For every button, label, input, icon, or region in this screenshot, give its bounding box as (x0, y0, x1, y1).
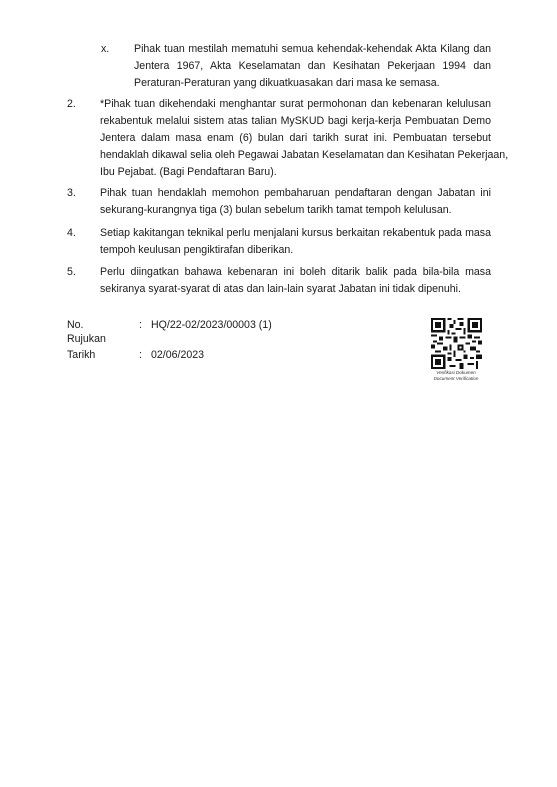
reference-value: HQ/22-02/2023/00003 (1) (151, 318, 272, 332)
verification-caption: Verifikasi Dokumen Document Verification (424, 370, 488, 381)
text-line: Perlu diingatkan bahawa kebenaran ini bo… (100, 264, 491, 281)
text-line: rekabentuk melalui sistem atas talian My… (100, 113, 491, 130)
text-line: Peraturan-Peraturan yang dikuatkuasakan … (134, 75, 491, 92)
text-line: tempoh keulusan pengiktirafan diberikan. (100, 242, 491, 259)
qr-code-icon[interactable] (431, 318, 482, 369)
date-value: 02/06/2023 (151, 348, 204, 362)
reference-colon: : (139, 318, 142, 332)
date-colon: : (139, 348, 142, 362)
document-page: x. Pihak tuan mestilah mematuhi semua ke… (0, 0, 557, 787)
text-line: Jentera dalam masa enam (6) bulan dari t… (100, 130, 491, 147)
text-line: Pihak tuan hendaklah memohon pembaharuan… (100, 185, 491, 202)
sub-item-text: Pihak tuan mestilah mematuhi semua kehen… (134, 41, 491, 92)
clause-number: 3. (67, 185, 76, 202)
text-line: sekurang-kurangnya tiga (3) bulan sebelu… (100, 202, 491, 219)
clause-number: 5. (67, 264, 76, 281)
clause-text: Pihak tuan hendaklah memohon pembaharuan… (100, 185, 491, 219)
verification-caption-en: Document Verification (424, 376, 488, 382)
text-line: *Pihak tuan dikehendaki menghantar surat… (100, 96, 491, 113)
clause-text: *Pihak tuan dikehendaki menghantar surat… (100, 96, 491, 181)
text-line: Pihak tuan mestilah mematuhi semua kehen… (134, 41, 491, 58)
text-line: Jentera 1967, Akta Keselamatan dan Kesih… (134, 58, 491, 75)
reference-label: No. Rujukan (67, 318, 106, 346)
date-label: Tarikh (67, 348, 95, 362)
text-line: Setiap kakitangan teknikal perlu menjala… (100, 225, 491, 242)
clause-number: 4. (67, 225, 76, 242)
clause-number: 2. (67, 96, 76, 113)
clause-text: Setiap kakitangan teknikal perlu menjala… (100, 225, 491, 259)
text-line: Ibu Pejabat. (Bagi Pendaftaran Baru). (100, 164, 491, 181)
sub-item-label: x. (101, 41, 109, 58)
document-verification: Verifikasi Dokumen Document Verification (424, 318, 488, 381)
clause-text: Perlu diingatkan bahawa kebenaran ini bo… (100, 264, 491, 298)
text-line: hendaklah dikawal selia oleh Pegawai Jab… (100, 147, 491, 164)
text-line: sekiranya syarat-syarat di atas dan lain… (100, 281, 491, 298)
